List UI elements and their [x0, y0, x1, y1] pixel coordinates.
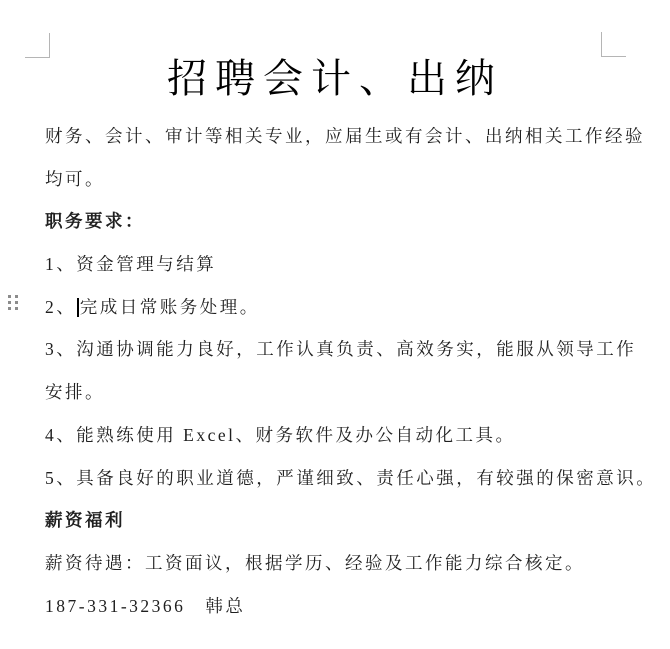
- drag-handle-dot: [15, 301, 18, 304]
- drag-handle-dot: [8, 295, 11, 298]
- list-item-2[interactable]: 2、完成日常账务处理。: [45, 286, 625, 329]
- text-cursor: [77, 298, 79, 317]
- section-heading-job-requirements[interactable]: 职务要求：: [45, 200, 625, 243]
- contact-line[interactable]: 187-331-32366 韩总: [45, 585, 625, 628]
- list-item-2-prefix: 2、: [45, 297, 76, 317]
- drag-handle-dot: [8, 301, 11, 304]
- body-line[interactable]: 均可。: [45, 158, 625, 201]
- list-item-3-continued[interactable]: 安排。: [45, 371, 625, 414]
- list-item-4[interactable]: 4、能熟练使用 Excel、财务软件及办公自动化工具。: [45, 414, 625, 457]
- list-item-3[interactable]: 3、沟通协调能力良好，工作认真负责、高效务实，能服从领导工作: [45, 328, 625, 371]
- drag-handle-dot: [8, 307, 11, 310]
- drag-handle-dot: [15, 295, 18, 298]
- list-item-2-text: 完成日常账务处理。: [80, 297, 260, 317]
- salary-line[interactable]: 薪资待遇：工资面议，根据学历、经验及工作能力综合核定。: [45, 542, 625, 585]
- body-line[interactable]: 财务、会计、审计等相关专业，应届生或有会计、出纳相关工作经验: [45, 115, 625, 158]
- drag-handle-dot: [15, 307, 18, 310]
- document-page[interactable]: 招聘会计、出纳 财务、会计、审计等相关专业，应届生或有会计、出纳相关工作经验 均…: [0, 0, 670, 649]
- section-heading-salary-benefits[interactable]: 薪资福利: [45, 499, 625, 542]
- document-title[interactable]: 招聘会计、出纳: [0, 50, 670, 108]
- document-body: 财务、会计、审计等相关专业，应届生或有会计、出纳相关工作经验 均可。 职务要求：…: [45, 115, 625, 627]
- list-item-1[interactable]: 1、资金管理与结算: [45, 243, 625, 286]
- list-item-5[interactable]: 5、具备良好的职业道德，严谨细致、责任心强，有较强的保密意识。: [45, 457, 625, 500]
- drag-handle-dots-icon[interactable]: [8, 295, 19, 311]
